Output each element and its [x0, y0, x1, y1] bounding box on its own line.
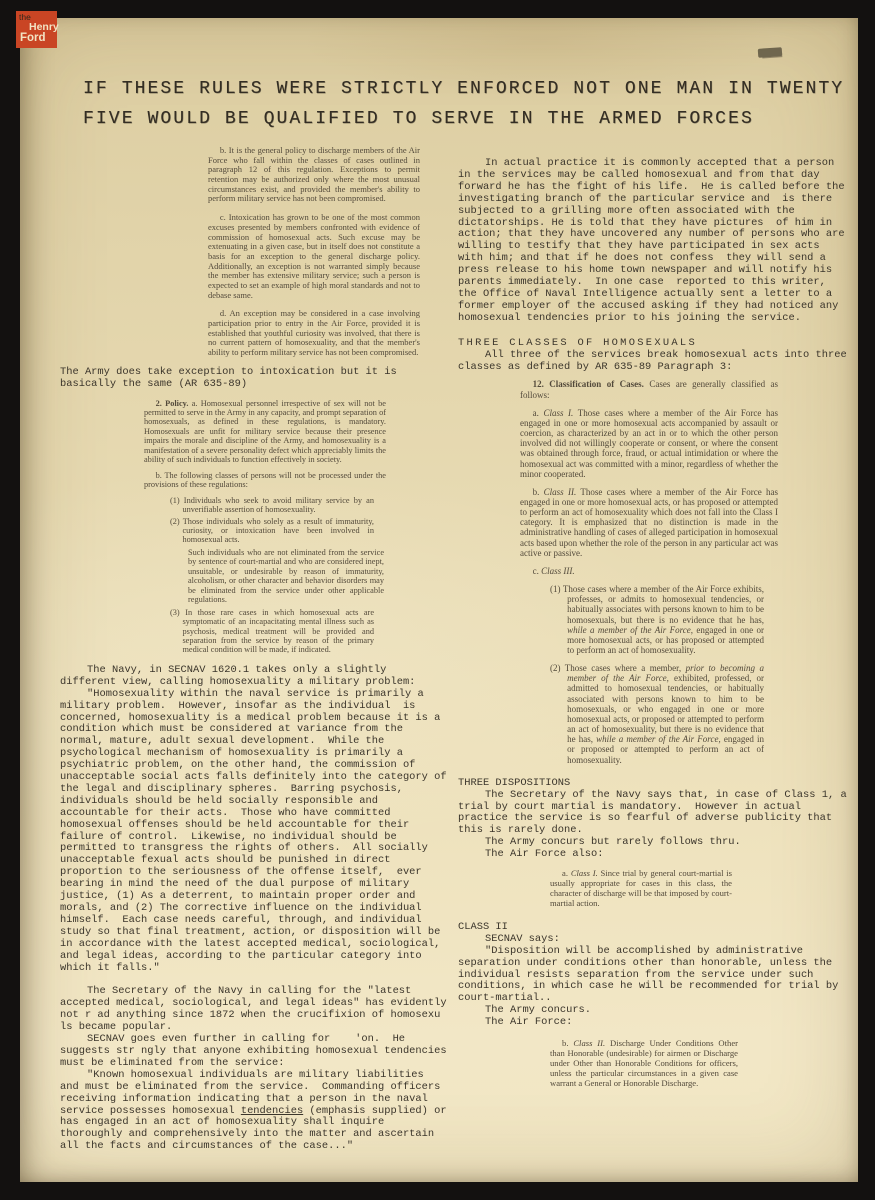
three-classes-heading: THREE CLASSES OF HOMOSEXUALS [458, 338, 850, 350]
class-3-item-1: (1) Those cases where a member of the Ai… [550, 584, 764, 655]
dispositions-section: THREE DISPOSITIONS The Secretary of the … [458, 778, 850, 861]
class-2-definition: b. Class II. Those cases where a member … [520, 487, 778, 558]
regulation-paragraph-b: b. It is the general policy to discharge… [208, 146, 420, 204]
policy-label: 2. Policy. [156, 399, 189, 408]
underlined-word: tendencies [241, 1105, 303, 1117]
class-3-label: c. Class III. [520, 566, 778, 576]
class-2-disposition-excerpt: b. Class II. Discharge Under Conditions … [550, 1039, 738, 1089]
navy-intro: The Navy, in SECNAV 1620.1 takes only a … [60, 665, 448, 689]
logo-text-henry: Henry [29, 22, 57, 32]
class-1-disposition-excerpt: a. Class I. Since trial by general court… [550, 869, 732, 909]
three-dispositions-heading: THREE DISPOSITIONS [458, 778, 850, 790]
policy-item-1: (1) Individuals who seek to avoid milita… [170, 496, 374, 515]
class-2-disposition: b. Class II. Discharge Under Conditions … [550, 1039, 738, 1089]
column-left: b. It is the general policy to discharge… [60, 142, 448, 1153]
regulation-paragraph-d: d. An exception may be considered in a c… [208, 309, 420, 357]
army-note: The Army does take exception to intoxica… [60, 367, 448, 391]
policy-paragraph-a: 2. Policy. a. Homosexual personnel irres… [144, 399, 386, 465]
navy-section: The Navy, in SECNAV 1620.1 takes only a … [60, 665, 448, 1153]
army-note-text: The Army does take exception to intoxica… [60, 367, 448, 391]
navy-quote: "Homosexuality within the naval service … [60, 689, 448, 975]
two-column-body: b. It is the general policy to discharge… [60, 142, 858, 1153]
logo-text-the: the [19, 13, 57, 21]
headline-line2: FIVE WOULD BE QUALIFIED TO SERVE IN THE … [83, 104, 858, 134]
headline: IF THESE RULES WERE STRICTLY ENFORCED NO… [83, 74, 858, 134]
henry-ford-logo: the Henry Ford [16, 11, 57, 48]
policy-item-2-continued: Such individuals who are not eliminated … [188, 548, 384, 605]
dispositions-paragraph: The Secretary of the Navy says that, in … [458, 790, 850, 838]
secnav-comment: SECNAV goes even further in calling for … [60, 1034, 448, 1070]
class-1-disposition: a. Class I. Since trial by general court… [550, 869, 732, 909]
logo-text-ford: Ford [20, 33, 57, 44]
classification-intro: 12. Classification of Cases. Cases are g… [520, 379, 778, 399]
practice-paragraph: In actual practice it is commonly accept… [458, 158, 850, 325]
class-3-item-2: (2) Those cases where a member, prior to… [550, 663, 764, 765]
policy-paragraph-b: b. The following classes of persons will… [144, 471, 386, 490]
class-2-section: CLASS II SECNAV says: "Disposition will … [458, 922, 850, 1029]
secnav-quote: "Known homosexual individuals are milita… [60, 1070, 448, 1153]
secnav-says-label: SECNAV says: [458, 934, 850, 946]
policy-item-2: (2) Those individuals who solely as a re… [170, 517, 374, 545]
class-2-quote: "Disposition will be accomplished by adm… [458, 946, 850, 1006]
air-force-line: The Air Force: [458, 1017, 850, 1029]
ar-635-89-policy-excerpt: 2. Policy. a. Homosexual personnel irres… [144, 399, 386, 655]
headline-line1: IF THESE RULES WERE STRICTLY ENFORCED NO… [83, 74, 858, 104]
three-classes-intro: All three of the services break homosexu… [458, 350, 850, 374]
class-1-definition: a. Class I. Those cases where a member o… [520, 408, 778, 479]
secretary-comment: The Secretary of the Navy in calling for… [60, 986, 448, 1034]
classification-label: 12. Classification of Cases. [533, 379, 644, 389]
air-force-also-note: The Air Force also: [458, 849, 850, 861]
air-force-regulation-excerpt: b. It is the general policy to discharge… [208, 146, 420, 358]
classification-excerpt: 12. Classification of Cases. Cases are g… [520, 379, 778, 764]
ink-smudge [758, 47, 783, 58]
practice-section: In actual practice it is commonly accept… [458, 158, 850, 373]
column-right: In actual practice it is commonly accept… [458, 142, 850, 1153]
regulation-paragraph-c: c. Intoxication has grown to be one of t… [208, 213, 420, 300]
document-page: IF THESE RULES WERE STRICTLY ENFORCED NO… [20, 18, 858, 1182]
policy-item-3: (3) In those rare cases in which homosex… [170, 608, 374, 655]
